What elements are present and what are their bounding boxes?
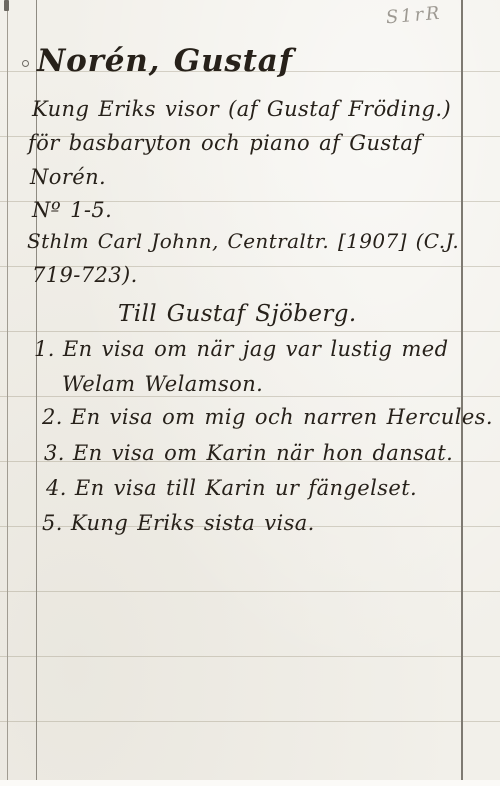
item-number: 1.: [34, 337, 55, 361]
imprint-line-2: 719-723).: [32, 263, 138, 287]
item-text: En visa om när jag var lustig med: [63, 337, 449, 361]
item-number: 4.: [46, 476, 67, 500]
author-heading: Norén, Gustaf: [37, 44, 293, 80]
heading-bullet-dot: [22, 60, 29, 67]
title-line-2: för basbaryton och piano af Gustaf: [28, 131, 422, 155]
dedication: Till Gustaf Sjöberg.: [118, 301, 357, 327]
ruled-line: [0, 591, 500, 592]
title-line-3: Norén.: [30, 165, 106, 189]
item-number: 2.: [42, 405, 63, 429]
content-item-1-continuation: Welam Welamson.: [62, 372, 263, 396]
ruled-line: [0, 721, 500, 722]
ruled-line: [0, 656, 500, 657]
right-margin-line: [461, 0, 463, 782]
content-item-4: 4.En visa till Karin ur fängelset.: [46, 476, 417, 500]
title-line-1: Kung Eriks visor (af Gustaf Fröding.): [32, 97, 451, 121]
pencil-shelfmark: S1rR: [385, 4, 443, 29]
catalog-card-scan: S1rR Norén, Gustaf Kung Eriks visor (af …: [0, 0, 500, 786]
content-item-2: 2.En visa om mig och narren Hercules.: [42, 405, 493, 429]
item-text: Kung Eriks sista visa.: [71, 511, 315, 535]
content-item-3: 3.En visa om Karin när hon dansat.: [44, 441, 453, 465]
content-item-1: 1.En visa om när jag var lustig med: [34, 337, 448, 361]
item-number: 3.: [44, 441, 65, 465]
item-text: En visa om mig och narren Hercules.: [71, 405, 493, 429]
imprint-line-1: Sthlm Carl Johnn, Centraltr. [1907] (C.J…: [27, 230, 459, 253]
content-item-5: 5.Kung Eriks sista visa.: [42, 511, 315, 535]
item-text: En visa till Karin ur fängelset.: [75, 476, 417, 500]
left-outer-margin-line: [7, 0, 8, 782]
item-number: 5.: [42, 511, 63, 535]
ruled-line: [0, 396, 500, 397]
item-text: En visa om Karin när hon dansat.: [73, 441, 453, 465]
numbering: Nº 1-5.: [32, 198, 112, 222]
scan-edge-mark: [4, 0, 9, 11]
scan-bottom-edge: [0, 780, 500, 786]
ruled-line: [0, 331, 500, 332]
